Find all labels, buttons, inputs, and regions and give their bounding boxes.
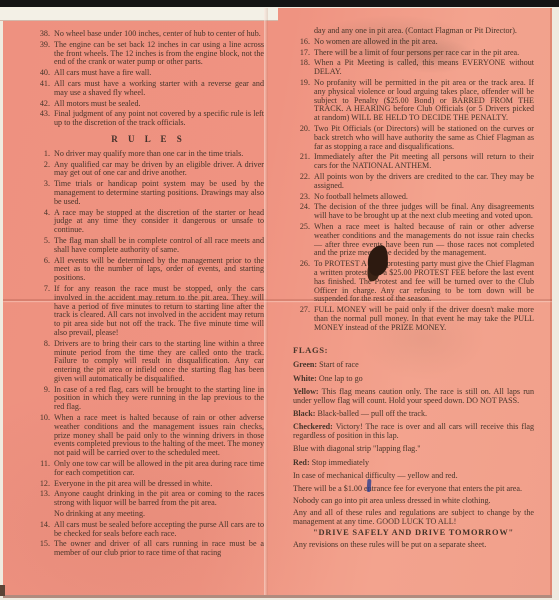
flag-item: Yellow: This flag means caution only. Th… [293, 388, 534, 406]
flag-label: Red: [293, 458, 310, 467]
rules-list: 1.No driver may qualify more than one ca… [33, 150, 264, 558]
rule-item: 7.If for any reason the race must be sto… [33, 285, 264, 338]
rule-item: 13.Anyone caught drinking in the pit are… [33, 490, 264, 508]
rule-item: 12.Everyone in the pit area will be dres… [33, 480, 264, 489]
rule-text: Any qualified car may be driven by an el… [54, 160, 264, 178]
right-column: day and any one in pit area. (Contact Fl… [293, 27, 534, 553]
rule-text: Everyone in the pit area will be dressed… [54, 479, 212, 488]
rule-number: 14. [33, 521, 50, 530]
rule-text: No women are allowed in the pit area. [314, 37, 438, 46]
flag-text: One lap to go [319, 374, 363, 383]
pit-rules-list: 16.No women are allowed in the pit area.… [293, 38, 534, 333]
rule-number: 15. [33, 540, 50, 549]
rule-item: 3.Time trials or handicap point system m… [33, 180, 264, 206]
rule-item: 39.The engine can be set back 12 inches … [33, 41, 264, 67]
flag-label: Checkered: [293, 422, 333, 431]
paper-sheet: 38.No wheel base under 100 inches, cente… [3, 8, 552, 595]
rule-text: In case of a red flag, cars will be brou… [54, 385, 264, 412]
rule-number: 16. [293, 38, 310, 47]
rule-text: Only one tow car will be allowed in the … [54, 459, 264, 477]
flags-list: Green: Start of race White: One lap to g… [293, 361, 534, 480]
car-rules-list: 38.No wheel base under 100 inches, cente… [33, 30, 264, 128]
rule-text: When a Pit Meeting is called, this means… [314, 58, 534, 76]
rule-number: 4. [33, 209, 50, 218]
rule-item: 27.FULL MONEY will be paid only if the d… [293, 306, 534, 332]
rule-text: Final judgment of any point not covered … [54, 109, 264, 127]
rule-number: 42. [33, 100, 50, 109]
rule-number: 12. [33, 480, 50, 489]
rule-item: 1.No driver may qualify more than one ca… [33, 150, 264, 159]
rule-item: 20.Two Pit Officials (or Directors) will… [293, 125, 534, 151]
rule-item: 41.All cars must have a working starter … [33, 80, 264, 98]
rule-item: 18.When a Pit Meeting is called, this me… [293, 59, 534, 77]
rule-number: 38. [33, 30, 50, 39]
rule-item: 16.No women are allowed in the pit area. [293, 38, 534, 47]
rule-item: 8.Drivers are to bring their cars to the… [33, 340, 264, 384]
rule-item: 9.In case of a red flag, cars will be br… [33, 386, 264, 412]
rule-item: 6.All events will be determined by the m… [33, 257, 264, 283]
rule-item: 43.Final judgment of any point not cover… [33, 110, 264, 128]
rule-item: 40.All cars must have a fire wall. [33, 69, 264, 78]
rule-text: Two Pit Officials (or Directors) will be… [314, 124, 534, 151]
rule-text: There will be a limit of four persons pe… [314, 48, 519, 57]
rule-item: 25.When a race meet is halted because of… [293, 223, 534, 258]
rule-number: 21. [293, 153, 310, 162]
rule-number: 41. [33, 80, 50, 89]
final-note: Any revisions on these rules will be put… [293, 541, 534, 550]
flag-text: Stop immediately [312, 458, 369, 467]
rule-number: 39. [33, 41, 50, 50]
rule-text: All motors must be sealed. [54, 99, 141, 108]
rule-number: 3. [33, 180, 50, 189]
rule-text: No wheel base under 100 inches, center o… [54, 29, 261, 38]
rule-number: 26. [293, 260, 310, 269]
flag-item: White: One lap to go [293, 375, 534, 384]
rule-text: Immediately after the Pit meeting all pe… [314, 152, 534, 170]
flag-text: This flag means caution only. The race i… [293, 387, 534, 405]
rule-text: If for any reason the race must be stopp… [54, 284, 264, 337]
flag-item: In case of mechanical difficulty — yello… [293, 472, 534, 481]
rule-item: 26.To PROTEST A t, the protesting party … [293, 260, 534, 304]
rule-text: No driver may qualify more than one car … [54, 149, 243, 158]
rule-item: No drinking at any meeting. [33, 510, 264, 519]
scan-gap-top-left [0, 7, 278, 21]
rule-item: 11.Only one tow car will be allowed in t… [33, 460, 264, 478]
rules-heading: R U L E S [33, 135, 264, 144]
notes-list: There will be a $1.00 entrance fee for e… [293, 485, 534, 526]
rule-text: When a race meet is halted because of ra… [54, 413, 264, 457]
flag-label: Green: [293, 360, 317, 369]
rule-15-continuation: day and any one in pit area. (Contact Fl… [293, 27, 534, 36]
flag-text: Black-balled — pull off the track. [318, 409, 428, 418]
rule-text: All points won by the drivers are credit… [314, 172, 534, 190]
rule-number: 40. [33, 69, 50, 78]
rule-number: 1. [33, 150, 50, 159]
rule-number: 13. [33, 490, 50, 499]
scan-notch-bottom-left [0, 585, 5, 596]
rule-item: 21.Immediately after the Pit meeting all… [293, 153, 534, 171]
note-text: Nobody can go into pit area unless dress… [293, 497, 534, 506]
flags-heading: FLAGS: [293, 346, 534, 355]
rule-text: All cars must have a working starter wit… [54, 79, 264, 97]
rule-text: A race may be stopped at the discretion … [54, 208, 264, 235]
safety-motto: "DRIVE SAFELY AND DRIVE TOMORROW" [293, 529, 534, 538]
flag-item: Blue with diagonal strip "lapping flag." [293, 445, 534, 454]
rule-number: 43. [33, 110, 50, 119]
rule-item: 2.Any qualified car may be driven by an … [33, 161, 264, 179]
rule-number: 19. [293, 79, 310, 88]
rule-text: The engine can be set back 12 inches in … [54, 40, 264, 67]
flag-item: Green: Start of race [293, 361, 534, 370]
rule-number: 17. [293, 49, 310, 58]
rule-item: 42.All motors must be sealed. [33, 100, 264, 109]
rule-item: 10.When a race meet is halted because of… [33, 414, 264, 458]
rule-number: 5. [33, 237, 50, 246]
rule-number: 18. [293, 59, 310, 68]
rule-text: No football helmets allowed. [314, 192, 408, 201]
rule-number: 27. [293, 306, 310, 315]
rule-item: 15.The owner and driver of all cars runn… [33, 540, 264, 558]
rule-text: Anyone caught drinking in the pit area o… [54, 489, 264, 507]
rule-item: 38.No wheel base under 100 inches, cente… [33, 30, 264, 39]
rule-number: 6. [33, 257, 50, 266]
fold-crease-vertical [264, 8, 268, 595]
rule-item: 4.A race may be stopped at the discretio… [33, 209, 264, 235]
rule-number: 2. [33, 161, 50, 170]
flag-text: Start of race [319, 360, 359, 369]
rule-number: 10. [33, 414, 50, 423]
rule-number: 25. [293, 223, 310, 232]
rule-number: 24. [293, 203, 310, 212]
rule-item: 24.The decision of the three judges will… [293, 203, 534, 221]
rule-text: The owner and driver of all cars running… [54, 539, 264, 557]
flag-text: In case of mechanical difficulty — yello… [293, 471, 458, 480]
rule-number: 20. [293, 125, 310, 134]
rule-number: 9. [33, 386, 50, 395]
rule-number: 22. [293, 173, 310, 182]
flag-item: Checkered: Victory! The race is over and… [293, 423, 534, 441]
flag-item: Red: Stop immediately [293, 459, 534, 468]
flag-label: White: [293, 374, 317, 383]
scanned-document: 38.No wheel base under 100 inches, cente… [0, 0, 559, 600]
flag-label: Yellow: [293, 387, 319, 396]
rule-item: 19.No profanity will be permitted in the… [293, 79, 534, 123]
rule-number: 11. [33, 460, 50, 469]
rule-text: Time trials or handicap point system may… [54, 179, 264, 206]
rule-item: 17.There will be a limit of four persons… [293, 49, 534, 58]
rule-text: The flag man shall be in complete contro… [54, 236, 264, 254]
rule-number: 7. [33, 285, 50, 294]
rule-text: No drinking at any meeting. [54, 509, 145, 518]
rule-item: 14.All cars must be sealed before accept… [33, 521, 264, 539]
rule-text: FULL MONEY will be paid only if the driv… [314, 305, 534, 332]
flag-text: Blue with diagonal strip "lapping flag." [293, 444, 421, 453]
rule-text: All events will be determined by the man… [54, 256, 264, 283]
fold-crease-horizontal [3, 299, 552, 301]
rule-text: All cars must have a fire wall. [54, 68, 151, 77]
rule-item: 22.All points won by the drivers are cre… [293, 173, 534, 191]
rule-text: No profanity will be permitted in the pi… [314, 78, 534, 122]
rule-text: When a race meet is halted because of ra… [314, 222, 534, 257]
rule-number: 8. [33, 340, 50, 349]
rule-text: To PROTEST A t, the protesting party mus… [314, 259, 534, 303]
flag-item: Black: Black-balled — pull off the track… [293, 410, 534, 419]
note-text: There will be a $1.00 entrance fee for e… [293, 485, 534, 494]
flag-label: Black: [293, 409, 315, 418]
rule-number: 23. [293, 193, 310, 202]
rule-text: The decision of the three judges will be… [314, 202, 534, 220]
rule-text: All cars must be sealed before accepting… [54, 520, 264, 538]
rule-text: Drivers are to bring their cars to the s… [54, 339, 264, 383]
note-text: Any and all of these rules and regulatio… [293, 509, 534, 527]
rule-item: 5.The flag man shall be in complete cont… [33, 237, 264, 255]
scan-edge-top [0, 0, 559, 7]
rule-text: day and any one in pit area. (Contact Fl… [314, 26, 517, 35]
rule-item: 23.No football helmets allowed. [293, 193, 534, 202]
left-column: 38.No wheel base under 100 inches, cente… [33, 30, 264, 560]
